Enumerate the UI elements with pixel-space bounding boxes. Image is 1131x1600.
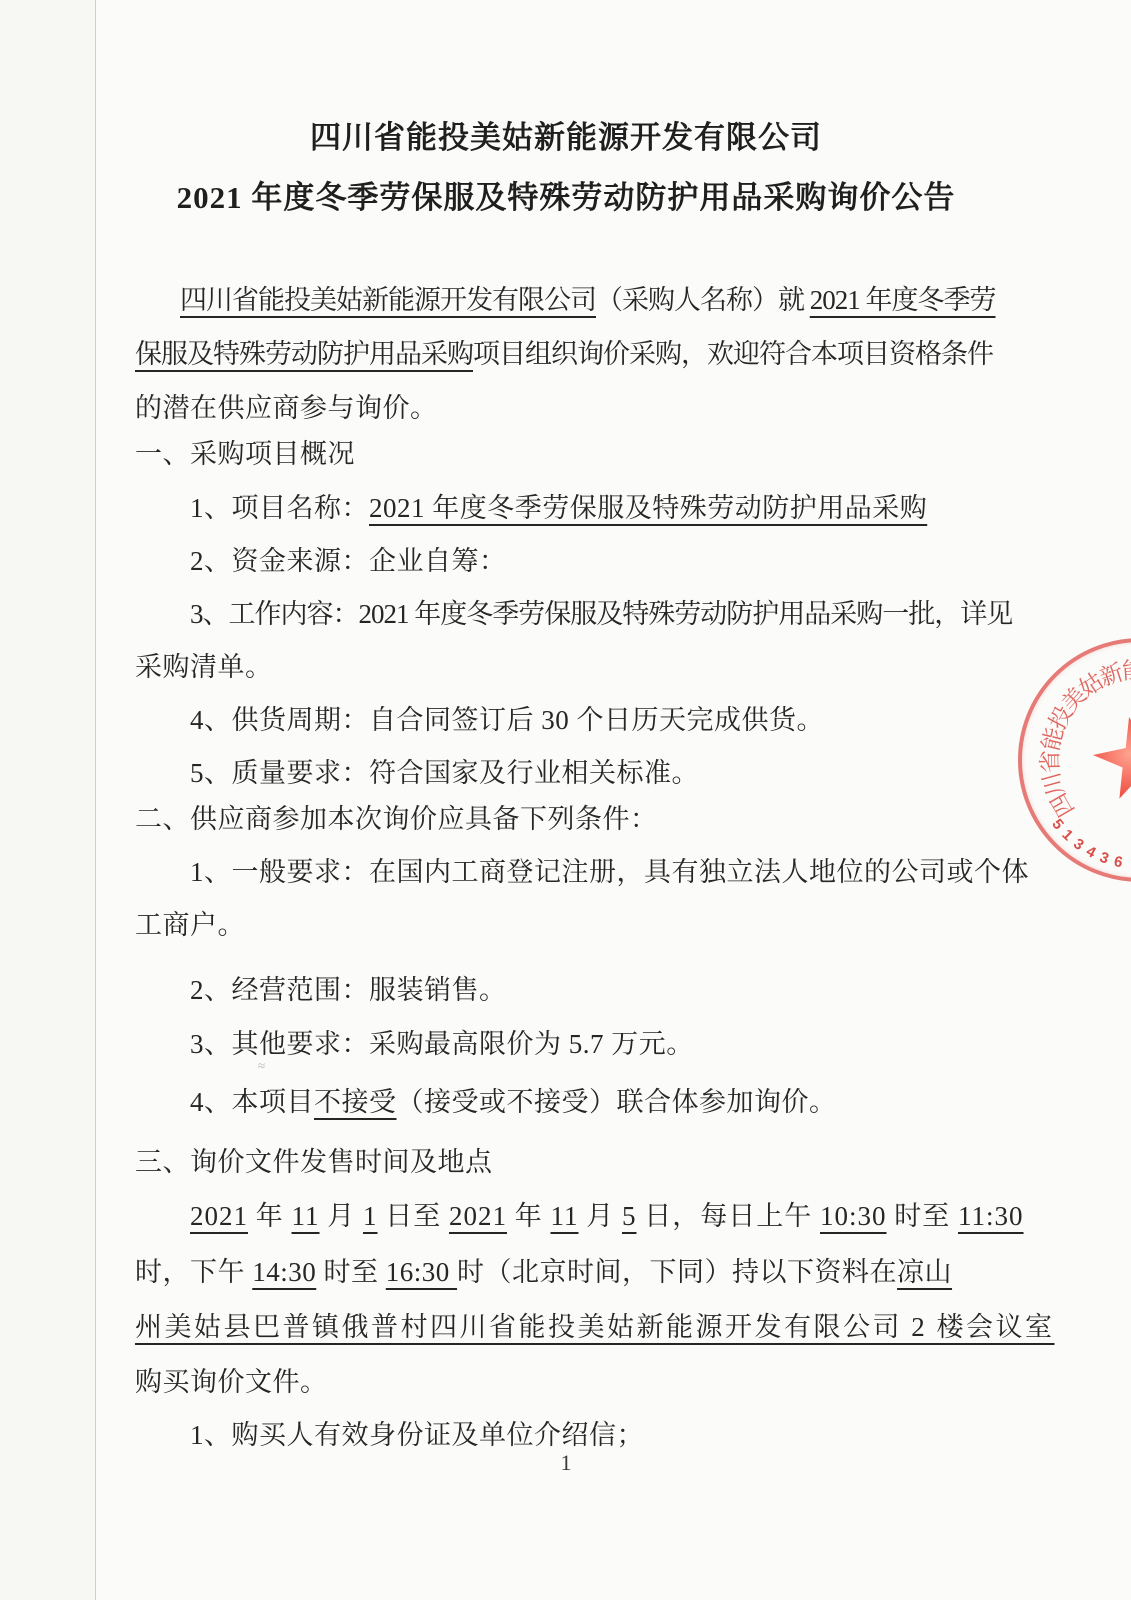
section1-item4: 4、供货周期：自合同签订后 30 个日历天完成供货。 <box>190 698 824 737</box>
morning-start-time: 10:30 <box>820 1201 887 1231</box>
scan-margin-strip <box>0 0 95 1600</box>
intro-line-2: 保服及特殊劳动防护用品采购项目组织询价采购，欢迎符合本项目资格条件 <box>135 332 993 371</box>
text: 日，每日上午 <box>637 1201 821 1231</box>
section3-address-line: 州美姑县巴普镇俄普村四川省能投美姑新能源开发有限公司 2 楼会议室 <box>135 1305 1055 1344</box>
intro-buyer-name: 四川省能投美姑新能源开发有限公司 <box>180 285 596 315</box>
address-part1: 凉山 <box>897 1257 952 1287</box>
text: 时（北京时间，下同）持以下资料在 <box>457 1257 897 1287</box>
intro-text: （采购人名称）就 <box>596 285 810 315</box>
text: 月 <box>579 1201 623 1231</box>
morning-end-time: 11:30 <box>958 1201 1024 1231</box>
section2-item1-cont: 工商户。 <box>135 903 245 942</box>
section1-item1: 1、项目名称：2021 年度冬季劳保服及特殊劳动防护用品采购 <box>190 486 927 525</box>
section2-item4: 4、本项目不接受（接受或不接受）联合体参加询价。 <box>190 1080 837 1119</box>
scan-page-edge-line <box>95 0 96 1600</box>
section1-heading: 一、采购项目概况 <box>135 432 355 471</box>
scan-artifact: ≈ <box>258 1058 265 1074</box>
text: 年 <box>507 1201 551 1231</box>
text: 日至 <box>378 1201 450 1231</box>
sale-start-day: 1 <box>363 1201 378 1231</box>
item1-label: 1、项目名称： <box>190 493 369 523</box>
item1-project-name: 2021 年度冬季劳保服及特殊劳动防护用品采购 <box>369 493 927 523</box>
sale-start-year: 2021 <box>190 1201 248 1231</box>
item4-text: 4、本项目 <box>190 1087 314 1117</box>
intro-project-name-part2: 保服及特殊劳动防护用品采购 <box>135 339 473 369</box>
section3-dates-line1: 2021 年 11 月 1 日至 2021 年 11 月 5 日，每日上午 10… <box>190 1194 1024 1233</box>
section1-item3: 3、工作内容：2021 年度冬季劳保服及特殊劳动防护用品采购一批，详见 <box>190 592 1012 631</box>
seal-company-char: 能 <box>1121 651 1131 686</box>
section3-item1: 1、购买人有效身份证及单位介绍信； <box>190 1413 644 1452</box>
document-title-line1: 四川省能投美姑新能源开发有限公司 <box>127 112 1005 157</box>
text: 时，下午 <box>135 1257 252 1287</box>
section2-heading: 二、供应商参加本次询价应具备下列条件： <box>135 797 658 836</box>
text: 年 <box>248 1201 292 1231</box>
section2-item3: 3、其他要求：采购最高限价为 5.7 万元。 <box>190 1022 694 1061</box>
section1-item5: 5、质量要求：符合国家及行业相关标准。 <box>190 751 699 790</box>
item4-text-cont: （接受或不接受）联合体参加询价。 <box>397 1087 837 1117</box>
text: 月 <box>320 1201 364 1231</box>
sale-end-day: 5 <box>622 1201 637 1231</box>
section3-dates-line2: 时，下午 14:30 时至 16:30 时（北京时间，下同）持以下资料在凉山 <box>135 1250 952 1289</box>
seal-company-char: 省 <box>1032 750 1065 774</box>
afternoon-end-time: 16:30 <box>386 1257 457 1287</box>
intro-text: 项目组织询价采购，欢迎符合本项目资格条件 <box>473 339 993 369</box>
text: 时至 <box>887 1201 959 1231</box>
intro-project-name-part1: 2021 年度冬季劳 <box>810 285 996 315</box>
intro-line-1: 四川省能投美姑新能源开发有限公司（采购人名称）就 2021 年度冬季劳 <box>180 278 996 317</box>
afternoon-start-time: 14:30 <box>252 1257 316 1287</box>
section1-item3-cont: 采购清单。 <box>135 645 273 684</box>
intro-line-3: 的潜在供应商参与询价。 <box>135 386 438 425</box>
sale-end-year: 2021 <box>449 1201 507 1231</box>
scanned-document-page: 四川省能投美姑新能源开发有限公司 2021 年度冬季劳保服及特殊劳动防护用品采购… <box>0 0 1131 1600</box>
address-part2: 州美姑县巴普镇俄普村四川省能投美姑新能源开发有限公司 2 楼会议室 <box>135 1312 1055 1342</box>
sale-start-month: 11 <box>292 1201 320 1231</box>
section2-item1: 1、一般要求：在国内工商登记注册，具有独立法人地位的公司或个体 <box>190 850 1029 889</box>
section3-heading: 三、询价文件发售时间及地点 <box>135 1140 493 1179</box>
document-title-line2: 2021 年度冬季劳保服及特殊劳动防护用品采购询价公告 <box>127 172 1005 217</box>
text: 时至 <box>316 1257 386 1287</box>
section2-item2: 2、经营范围：服装销售。 <box>190 968 507 1007</box>
sale-end-month: 11 <box>551 1201 579 1231</box>
page-number: 1 <box>127 1450 1005 1476</box>
section3-line4: 购买询价文件。 <box>135 1360 328 1399</box>
section1-item2: 2、资金来源：企业自筹： <box>190 539 507 578</box>
item4-not-accept: 不接受 <box>314 1087 397 1117</box>
